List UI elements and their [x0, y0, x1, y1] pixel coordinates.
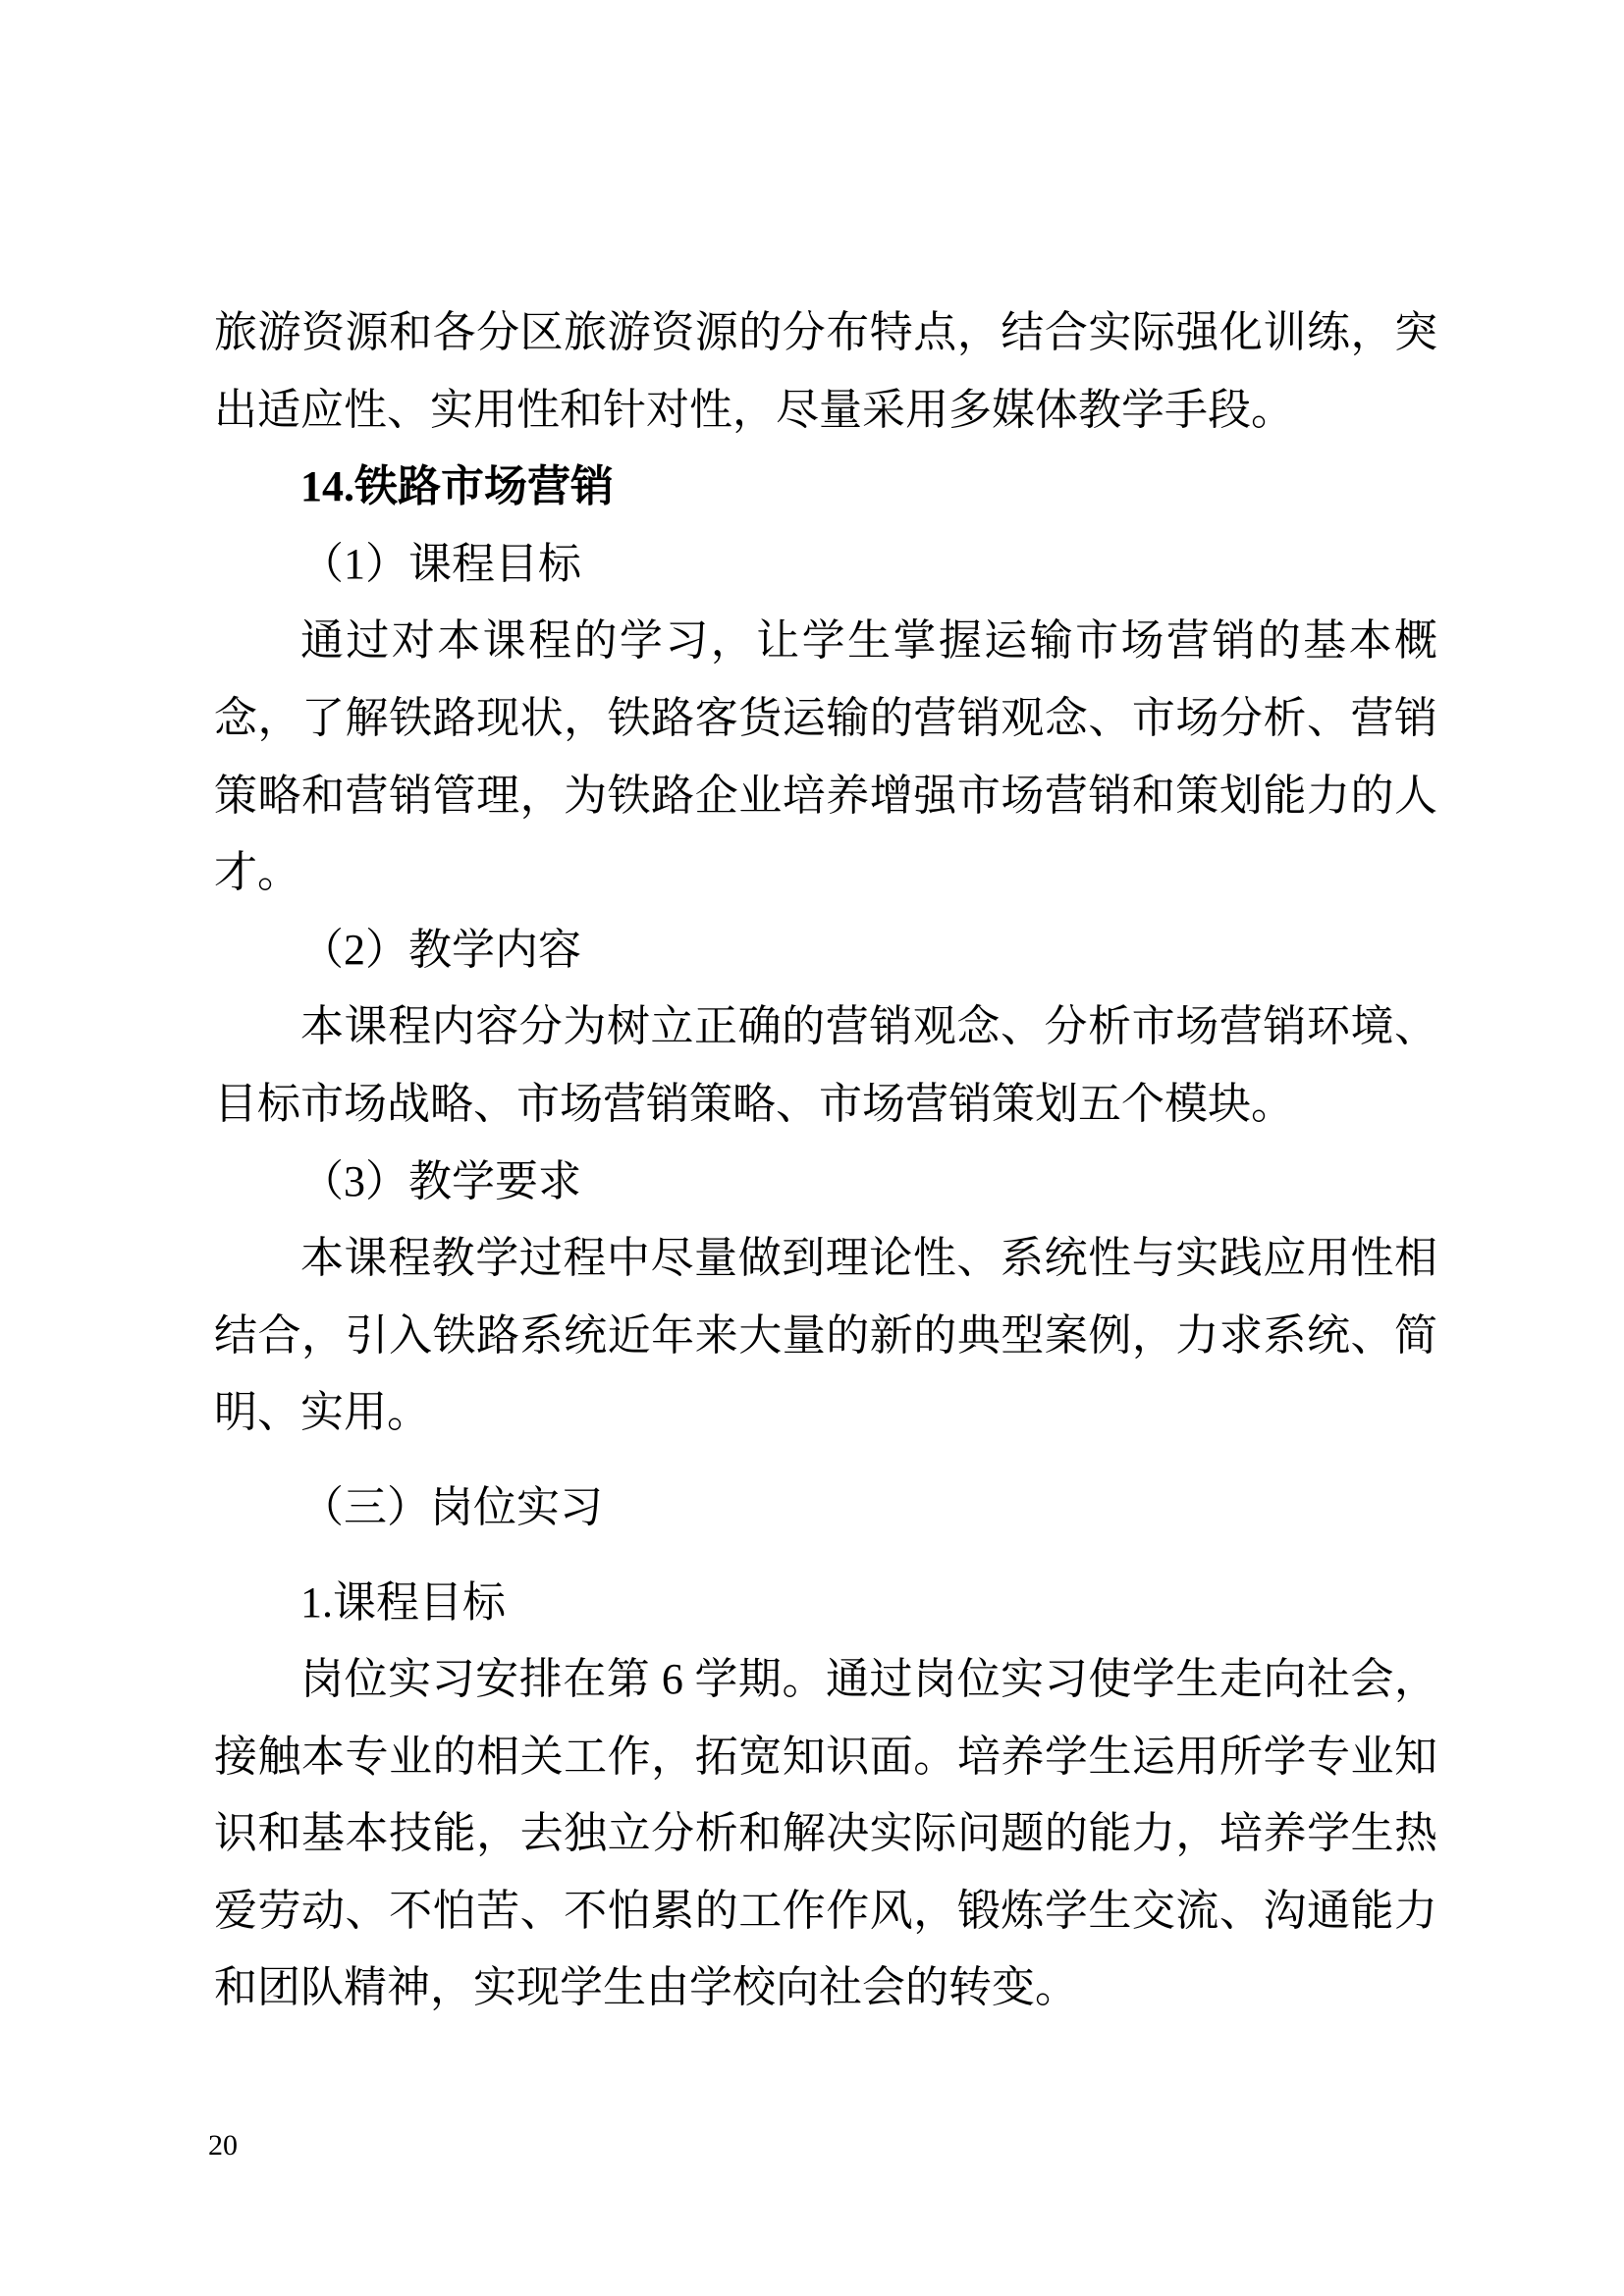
subheading-2-teaching-content: （2）教学内容 [214, 912, 1437, 989]
body-line: 结合，引入铁路系统近年来大量的新的典型案例，力求系统、简 [214, 1298, 1437, 1375]
body-line: 明、实用。 [214, 1374, 1437, 1452]
subheading-1-course-objectives: （1）课程目标 [214, 526, 1437, 604]
body-line: 策略和营销管理，为铁路企业培养增强市场营销和策划能力的人 [214, 758, 1437, 835]
body-line: 出适应性、实用性和针对性，尽量采用多媒体教学手段。 [214, 372, 1437, 450]
body-line: 念，了解铁路现状，铁路客货运输的营销观念、市场分析、营销 [214, 680, 1437, 758]
subheading-course-objectives: 1.课程目标 [214, 1565, 1437, 1642]
body-line: 识和基本技能，去独立分析和解决实际问题的能力，培养学生热 [214, 1795, 1437, 1873]
body-line: 爱劳动、不怕苦、不怕累的工作作风，锻炼学生交流、沟通能力 [214, 1873, 1437, 1950]
body-line: 本课程内容分为树立正确的营销观念、分析市场营销环境、 [214, 988, 1437, 1066]
body-line: 本课程教学过程中尽量做到理论性、系统性与实践应用性相 [214, 1220, 1437, 1298]
document-text-block: 旅游资源和各分区旅游资源的分布特点，结合实际强化训练，突 出适应性、实用性和针对… [214, 294, 1437, 2027]
body-line: 通过对本课程的学习，让学生掌握运输市场营销的基本概 [214, 603, 1437, 680]
body-line: 目标市场战略、市场营销策略、市场营销策划五个模块。 [214, 1066, 1437, 1144]
page-number: 20 [208, 2126, 238, 2165]
body-line-continuation: 旅游资源和各分区旅游资源的分布特点，结合实际强化训练，突 [214, 294, 1437, 372]
body-line: 接触本专业的相关工作，拓宽知识面。培养学生运用所学专业知 [214, 1719, 1437, 1796]
body-line: 才。 [214, 834, 1437, 912]
body-line: 和团队精神，实现学生由学校向社会的转变。 [214, 1949, 1437, 2027]
heading-14-railway-marketing: 14.铁路市场营销 [214, 449, 1437, 526]
subheading-3-teaching-requirements: （3）教学要求 [214, 1144, 1437, 1221]
body-line: 岗位实习安排在第 6 学期。通过岗位实习使学生走向社会， [214, 1641, 1437, 1719]
section-heading-3-post-internship: （三）岗位实习 [214, 1469, 1437, 1547]
document-page: 旅游资源和各分区旅游资源的分布特点，结合实际强化训练，突 出适应性、实用性和针对… [0, 0, 1624, 2296]
